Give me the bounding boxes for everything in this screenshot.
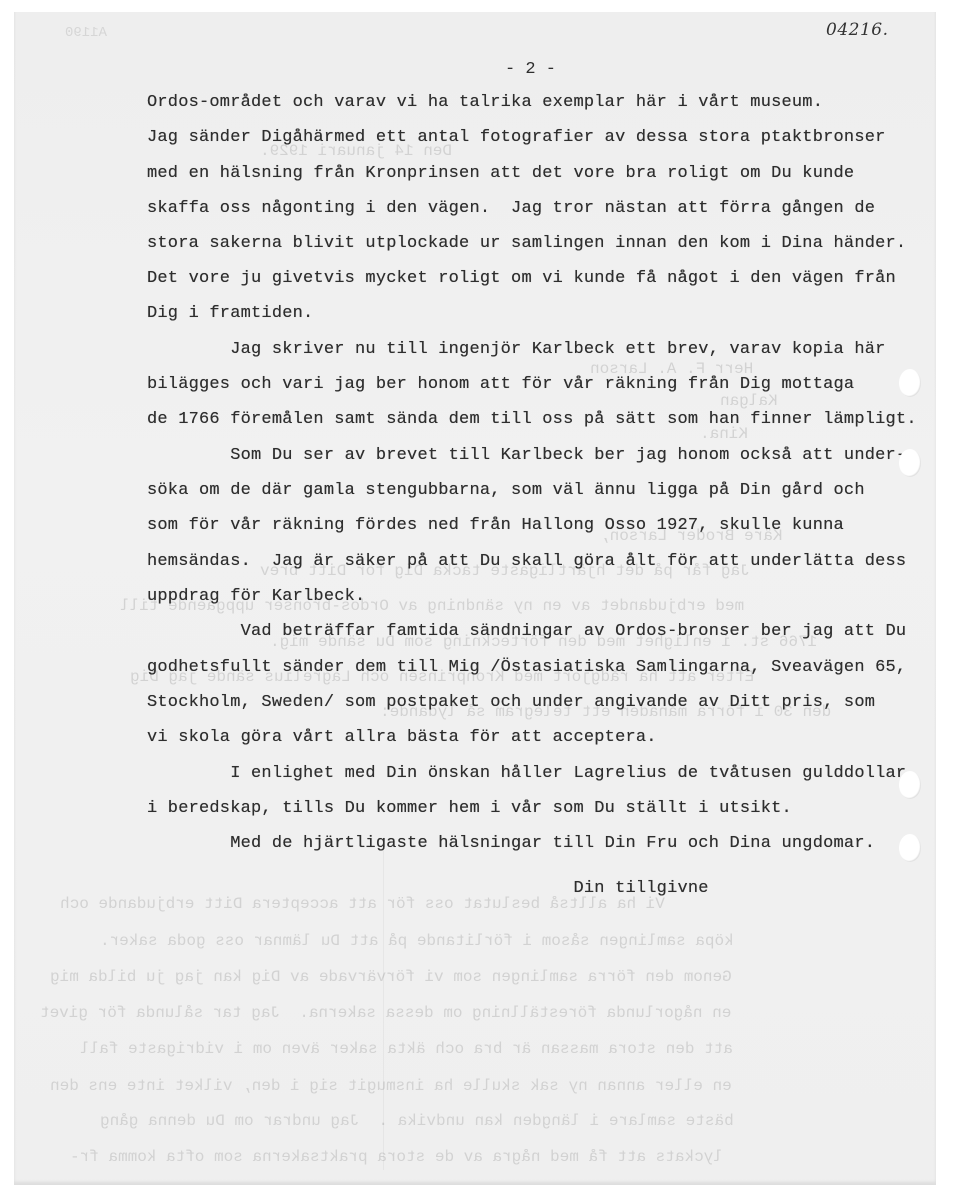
letter-line: Som Du ser av brevet till Karlbeck ber j… <box>147 446 906 466</box>
punch-hole <box>899 834 921 862</box>
page-number: - 2 - <box>505 60 556 79</box>
bleed-through-stamp: A1190 <box>65 25 107 41</box>
letter-line: Dig i framtiden. <box>147 304 313 324</box>
bleed-through-line: lyckats att få med några av de stora pra… <box>70 1148 723 1166</box>
letter-line: som för vår räkning fördes ned från Hall… <box>147 516 844 536</box>
letter-line: vi skola göra vårt allra bästa för att a… <box>147 728 657 748</box>
punch-hole <box>899 369 921 397</box>
letter-line: de 1766 föremålen samt sända dem till os… <box>147 410 917 430</box>
letter-line: Det vore ju givetvis mycket roligt om vi… <box>147 269 896 289</box>
archive-number: 04216. <box>826 20 888 40</box>
bleed-through-line: Genom den förra samlingen som vi förvärv… <box>50 968 732 986</box>
punch-hole <box>899 449 921 477</box>
bleed-through-line: köpa samlingen såsom i förlitande på att… <box>100 932 734 950</box>
letter-line: hemsändas. Jag är säker på att Du skall … <box>147 552 906 572</box>
bleed-through-line: att den stora massan är bra och äkta sak… <box>80 1040 733 1058</box>
bleed-through-line: en eller annan ny sak skulle ha insmugit… <box>50 1077 732 1095</box>
letter-line: med en hälsning från Kronprinsen att det… <box>147 164 854 184</box>
letter-line: i beredskap, tills Du kommer hem i vår s… <box>147 799 792 819</box>
closing-line: Din tillgivne <box>147 879 709 899</box>
letter-line: uppdrag för Karlbeck. <box>147 587 365 607</box>
letter-line: I enlighet med Din önskan håller Lagreli… <box>147 764 906 784</box>
letter-line: Med de hjärtligaste hälsningar till Din … <box>147 834 875 854</box>
letter-line: Stockholm, Sweden/ som postpaket och und… <box>147 693 875 713</box>
letter-line: Jag sänder Digåhärmed ett antal fotograf… <box>147 128 886 148</box>
bleed-through-line: en någorlunda föreställning om dessa sak… <box>40 1004 731 1022</box>
letter-line: bilägges och vari jag ber honom att för … <box>147 375 854 395</box>
letter-line: skaffa oss någonting i den vägen. Jag tr… <box>147 199 875 219</box>
letter-line: Ordos-området och varav vi ha talrika ex… <box>147 93 823 113</box>
letter-line: Jag skriver nu till ingenjör Karlbeck et… <box>147 340 886 360</box>
letter-line: Vad beträffar famtida sändningar av Ordo… <box>147 622 906 642</box>
punch-hole <box>899 771 921 799</box>
letter-line: stora sakerna blivit utplockade ur samli… <box>147 234 906 254</box>
bleed-through-line: bäste samlare i längden kan undvika . Ja… <box>100 1112 734 1130</box>
letter-line: söka om de där gamla stengubbarna, som v… <box>147 481 865 501</box>
letter-line: godhetsfullt sänder dem till Mig /Östasi… <box>147 658 906 678</box>
